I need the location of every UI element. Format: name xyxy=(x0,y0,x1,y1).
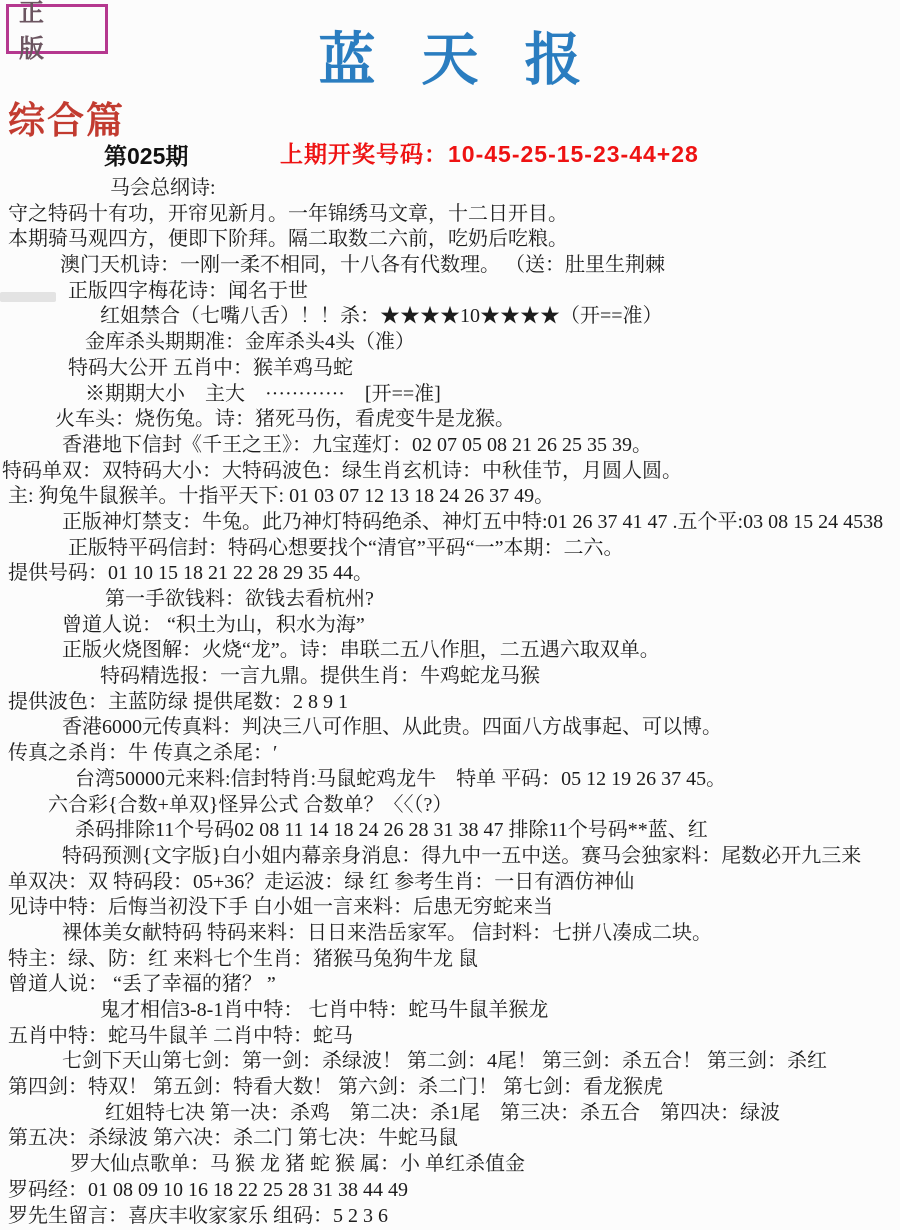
text-line: 澳门天机诗：一刚一柔不相同，十八各有代数理。 （送：肚里生荆棘 xyxy=(0,253,900,279)
text-line: 金库杀头期期准：金库杀头4头（准） xyxy=(0,330,900,356)
text-line: 特码单双：双特码大小：大特码波色：绿生肖玄机诗：中秋佳节，月圆人圆。 xyxy=(0,459,900,485)
text-line: 七剑下天山第七剑：第一剑：杀绿波！ 第二剑：4尾！ 第三剑：杀五合！ 第三剑：杀… xyxy=(0,1049,900,1075)
text-line: 守之特码十有功，开帘见新月。一年锦绣马文章，十二日开目。 xyxy=(0,202,900,228)
body-lines: 马会总纲诗:守之特码十有功，开帘见新月。一年锦绣马文章，十二日开目。本期骑马观四… xyxy=(0,176,900,1229)
text-line: 正版特平码信封：特码心想要找个“清官”平码“一”本期：二六。 xyxy=(0,536,900,562)
text-line: 单双决：双 特码段：05+36？走运波：绿 红 参考生肖：一日有酒仿神仙 xyxy=(0,870,900,896)
text-line: 第一手欲钱料：欲钱去看杭州? xyxy=(0,587,900,613)
text-line: 杀码排除11个号码02 08 11 14 18 24 26 28 31 38 4… xyxy=(0,818,900,844)
text-line: 特码大公开 五肖中：猴羊鸡马蛇 xyxy=(0,356,900,382)
text-line: 曾道人说： “积土为山，积水为海” xyxy=(0,613,900,639)
text-line: 主: 狗兔牛鼠猴羊。十指平天下: 01 03 07 12 13 18 24 26… xyxy=(0,484,900,510)
text-line: 香港地下信封《千王之王》：九宝莲灯：02 07 05 08 21 26 25 3… xyxy=(0,433,900,459)
text-line: 罗先生留言：喜庆丰收家家乐 组码：5 2 3 6 xyxy=(0,1204,900,1230)
text-line: 火车头：烧伤兔。诗：猪死马伤，看虎变牛是龙猴。 xyxy=(0,407,900,433)
text-line: 提供波色：主蓝防绿 提供尾数：2 8 9 1 xyxy=(0,690,900,716)
text-line: 罗码经：01 08 09 10 16 18 22 25 28 31 38 44 … xyxy=(0,1178,900,1204)
text-line: 罗大仙点歌单：马 猴 龙 猪 蛇 猴 属：小 单红杀值金 xyxy=(0,1152,900,1178)
text-line: ※期期大小 主大 ············ [开==准] xyxy=(0,382,900,408)
text-line: 特主：绿、防：红 来料七个生肖：猪猴马兔狗牛龙 鼠 xyxy=(0,947,900,973)
last-draw-result: 上期开奖号码：10-45-25-15-23-44+28 xyxy=(280,136,699,169)
text-line: 鬼才相信3-8-1肖中特： 七肖中特：蛇马牛鼠羊猴龙 xyxy=(0,998,900,1024)
text-line: 正版神灯禁支：牛兔。此乃神灯特码绝杀、神灯五中特:01 26 37 41 47 … xyxy=(0,510,900,536)
text-line: 六合彩{合数+单双}怪异公式 合数单？〈〈（?） xyxy=(0,793,900,819)
text-line: 五肖中特：蛇马牛鼠羊 二肖中特：蛇马 xyxy=(0,1024,900,1050)
text-line: 红姐禁合（七嘴八舌）！！杀：★★★★10★★★★（开==准） xyxy=(0,304,900,330)
text-line: 本期骑马观四方，便即下阶拜。隔二取数二六前，吃奶后吃粮。 xyxy=(0,227,900,253)
text-line: 正版四字梅花诗：闻名于世 xyxy=(0,279,900,305)
newspaper-page: 正 版 蓝天报 综合篇 第025期 上期开奖号码：10-45-25-15-23-… xyxy=(0,0,900,1230)
newspaper-title: 蓝天报 xyxy=(0,14,900,96)
text-line: 香港6000元传真料：判决三八可作胆、从此贵。四面八方战事起、可以博。 xyxy=(0,715,900,741)
text-line: 传真之杀肖：牛 传真之杀尾：′ xyxy=(0,741,900,767)
section-title: 综合篇 xyxy=(8,90,125,144)
text-line: 正版火烧图解：火烧“龙”。诗：串联二五八作胆，二五遇六取双单。 xyxy=(0,638,900,664)
text-line: 见诗中特：后悔当初没下手 白小姐一言来料：后患无穷蛇来当 xyxy=(0,895,900,921)
text-line: 特码预测{文字版}白小姐内幕亲身消息：得九中一五中送。赛马会独家料：尾数必开九三… xyxy=(0,844,900,870)
text-line: 台湾50000元来料:信封特肖:马鼠蛇鸡龙牛 特单 平码：05 12 19 26… xyxy=(0,767,900,793)
text-line: 第四剑：特双！ 第五剑：特看大数！ 第六剑：杀二门！ 第七剑：看龙猴虎 xyxy=(0,1075,900,1101)
text-line: 马会总纲诗: xyxy=(0,176,900,202)
text-line: 特码精选报：一言九鼎。提供生肖：牛鸡蛇龙马猴 xyxy=(0,664,900,690)
text-line: 第五决：杀绿波 第六决：杀二门 第七决：牛蛇马鼠 xyxy=(0,1126,900,1152)
text-line: 提供号码：01 10 15 18 21 22 28 29 35 44。 xyxy=(0,561,900,587)
text-line: 红姐特七决 第一决：杀鸡 第二决：杀1尾 第三决：杀五合 第四决：绿波 xyxy=(0,1101,900,1127)
issue-number: 第025期 xyxy=(104,138,188,171)
text-line: 曾道人说： “丢了幸福的猪？ ” xyxy=(0,972,900,998)
text-line: 裸体美女献特码 特码来料：日日来浩岳家军。 信封料：七拼八凑成二块。 xyxy=(0,921,900,947)
